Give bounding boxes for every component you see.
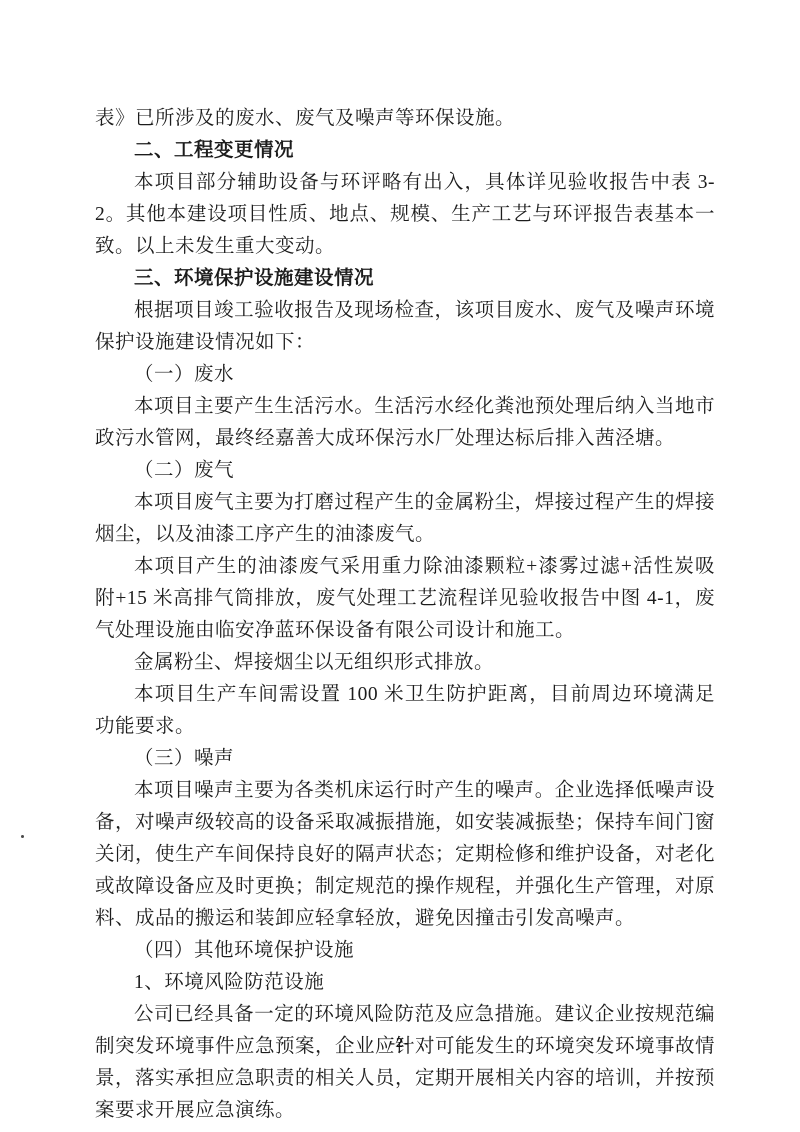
doc-block-continuation-0: 表》已所涉及的废水、废气及噪声等环保设施。 [95,103,715,135]
scan-speck [21,835,24,838]
doc-block-paragraph-9: 本项目产生的油漆废气采用重力除油漆颗粒+漆雾过滤+活性炭吸附+15 米高排气筒排… [95,551,715,647]
doc-block-paragraph-4: 根据项目竣工验收报告及现场检查，该项目废水、废气及噪声环境保护设施建设情况如下： [95,295,715,359]
document-body: 表》已所涉及的废水、废气及噪声等环保设施。二、工程变更情况本项目部分辅助设备与环… [95,103,715,1127]
doc-block-paragraph-13: 本项目噪声主要为各类机床运行时产生的噪声。企业选择低噪声设备，对噪声级较高的设备… [95,775,715,935]
doc-block-heading-3: 三、环境保护设施建设情况 [95,263,715,295]
doc-block-paragraph-11: 本项目生产车间需设置 100 米卫生防护距离，目前周边环境满足功能要求。 [95,679,715,743]
doc-block-subheading-7: （二）废气 [95,455,715,487]
page-number: -2- [0,1036,800,1052]
doc-block-subheading-12: （三）噪声 [95,743,715,775]
doc-block-paragraph-10: 金属粉尘、焊接烟尘以无组织形式排放。 [95,647,715,679]
doc-block-paragraph-2: 本项目部分辅助设备与环评略有出入，具体详见验收报告中表 3-2。其他本建设项目性… [95,167,715,263]
doc-block-paragraph-6: 本项目主要产生生活污水。生活污水经化粪池预处理后纳入当地市政污水管网，最终经嘉善… [95,391,715,455]
doc-block-subheading-5: （一）废水 [95,359,715,391]
doc-block-subheading-15: 1、环境风险防范设施 [95,967,715,999]
doc-block-paragraph-8: 本项目废气主要为打磨过程产生的金属粉尘，焊接过程产生的焊接烟尘，以及油漆工序产生… [95,487,715,551]
doc-block-subheading-14: （四）其他环境保护设施 [95,935,715,967]
doc-block-heading-1: 二、工程变更情况 [95,135,715,167]
doc-block-paragraph-16: 公司已经具备一定的环境风险防范及应急措施。建议企业按规范编制突发环境事件应急预案… [95,999,715,1127]
document-page: 表》已所涉及的废水、废气及噪声等环保设施。二、工程变更情况本项目部分辅助设备与环… [0,0,800,1132]
